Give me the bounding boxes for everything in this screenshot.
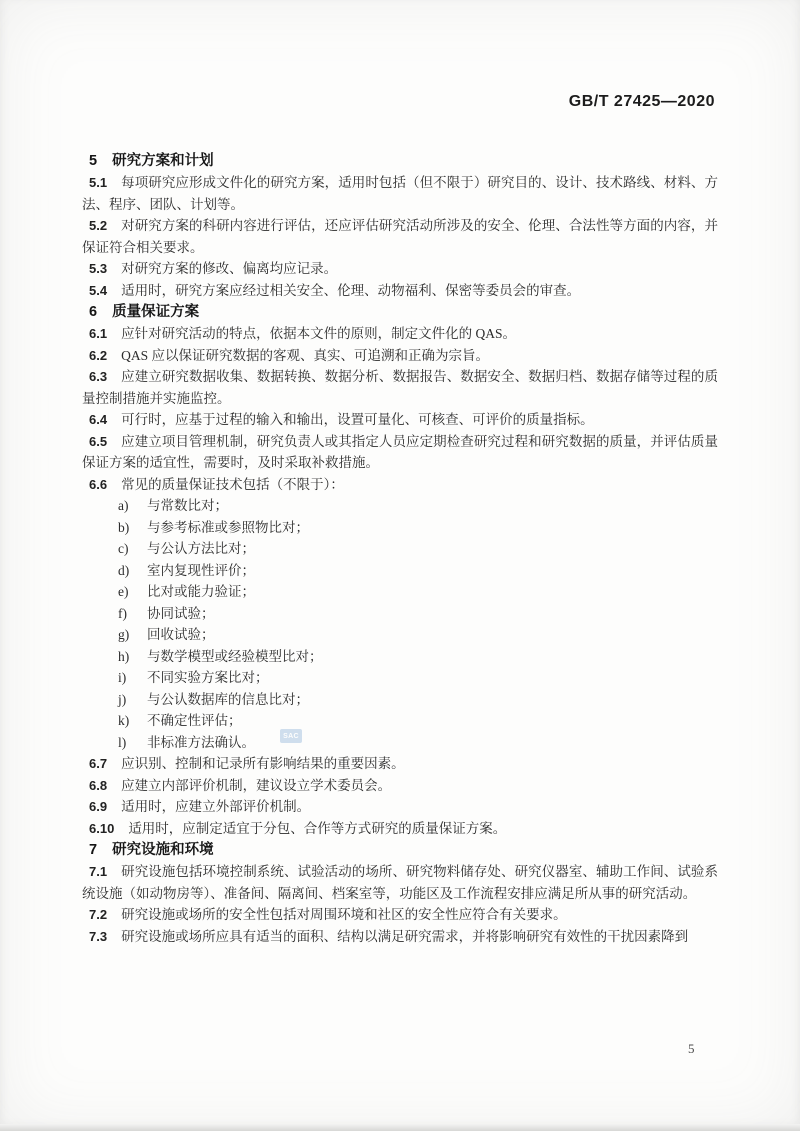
- section-title: 研究方案和计划: [112, 153, 214, 169]
- list-item: g)回收试验；: [82, 624, 718, 646]
- page-number: 5: [688, 1040, 695, 1058]
- list-letter: k): [118, 710, 134, 732]
- clause-7-2: 7.2研究设施或场所的安全性包括对周围环境和社区的安全性应符合有关要求。: [82, 904, 718, 926]
- clause-number: 6.6: [89, 477, 107, 492]
- list-letter: c): [118, 538, 134, 560]
- clause-6-1: 6.1应针对研究活动的特点，依据本文件的原则，制定文件化的 QAS。: [82, 323, 718, 345]
- list-letter: d): [118, 560, 134, 582]
- sac-watermark-icon: SAC: [280, 729, 302, 743]
- list-text: 不同实验方案比对；: [147, 670, 269, 685]
- clause-6-3: 6.3应建立研究数据收集、数据转换、数据分析、数据报告、数据安全、数据归档、数据…: [82, 366, 718, 409]
- list-text: 比对或能力验证；: [147, 584, 255, 599]
- clause-number: 7.3: [89, 929, 107, 944]
- list-text: 室内复现性评价；: [147, 563, 255, 578]
- section-number: 7: [89, 839, 97, 861]
- clause-text: 应针对研究活动的特点，依据本文件的原则，制定文件化的 QAS。: [121, 326, 516, 341]
- quality-technique-list: a)与常数比对； b)与参考标准或参照物比对； c)与公认方法比对； d)室内复…: [82, 495, 718, 753]
- clause-text: 应建立项目管理机制，研究负责人或其指定人员应定期检查研究过程和研究数据的质量，并…: [82, 434, 718, 471]
- clause-text: 适用时，应建立外部评价机制。: [121, 799, 310, 814]
- clause-number: 6.10: [89, 821, 114, 836]
- clause-text: 适用时，研究方案应经过相关安全、伦理、动物福利、保密等委员会的审查。: [121, 283, 580, 298]
- clause-number: 6.1: [89, 326, 107, 341]
- clause-text: 对研究方案的科研内容进行评估，还应评估研究活动所涉及的安全、伦理、合法性等方面的…: [82, 218, 718, 255]
- section-number: 5: [89, 150, 97, 172]
- clause-number: 7.1: [89, 864, 107, 879]
- section-title: 质量保证方案: [112, 304, 199, 320]
- section-heading-7: 7研究设施和环境: [82, 839, 718, 861]
- clause-number: 6.4: [89, 412, 107, 427]
- list-item: c)与公认方法比对；: [82, 538, 718, 560]
- clause-5-2: 5.2对研究方案的科研内容进行评估，还应评估研究活动所涉及的安全、伦理、合法性等…: [82, 215, 718, 258]
- clause-text: 应识别、控制和记录所有影响结果的重要因素。: [121, 756, 405, 771]
- document-content: 5研究方案和计划 5.1每项研究应形成文件化的研究方案，适用时包括（但不限于）研…: [82, 0, 718, 947]
- list-letter: a): [118, 495, 134, 517]
- list-text: 与公认数据库的信息比对；: [147, 692, 309, 707]
- section-heading-6: 6质量保证方案: [82, 301, 718, 323]
- list-letter: g): [118, 624, 134, 646]
- list-letter: l): [118, 732, 134, 754]
- clause-number: 6.5: [89, 434, 107, 449]
- clause-6-8: 6.8应建立内部评价机制，建议设立学术委员会。: [82, 775, 718, 797]
- clause-text: 研究设施包括环境控制系统、试验活动的场所、研究物料储存处、研究仪器室、辅助工作间…: [82, 864, 718, 901]
- list-item: b)与参考标准或参照物比对；: [82, 517, 718, 539]
- list-item: a)与常数比对；: [82, 495, 718, 517]
- clause-text: 应建立内部评价机制，建议设立学术委员会。: [121, 778, 391, 793]
- clause-5-1: 5.1每项研究应形成文件化的研究方案，适用时包括（但不限于）研究目的、设计、技术…: [82, 172, 718, 215]
- clause-number: 6.9: [89, 799, 107, 814]
- clause-number: 5.2: [89, 218, 107, 233]
- clause-6-2: 6.2QAS 应以保证研究数据的客观、真实、可追溯和正确为宗旨。: [82, 345, 718, 367]
- clause-number: 6.8: [89, 778, 107, 793]
- clause-number: 6.2: [89, 348, 107, 363]
- scan-bottom-edge: [0, 1124, 800, 1131]
- clause-text: 对研究方案的修改、偏离均应记录。: [121, 261, 337, 276]
- list-item: k)不确定性评估；: [82, 710, 718, 732]
- clause-6-10: 6.10适用时，应制定适宜于分包、合作等方式研究的质量保证方案。: [82, 818, 718, 840]
- clause-6-7: 6.7应识别、控制和记录所有影响结果的重要因素。: [82, 753, 718, 775]
- list-item: j)与公认数据库的信息比对；: [82, 689, 718, 711]
- clause-text: 研究设施或场所的安全性包括对周围环境和社区的安全性应符合有关要求。: [121, 907, 567, 922]
- clause-6-9: 6.9适用时，应建立外部评价机制。: [82, 796, 718, 818]
- list-item: d)室内复现性评价；: [82, 560, 718, 582]
- clause-7-1: 7.1研究设施包括环境控制系统、试验活动的场所、研究物料储存处、研究仪器室、辅助…: [82, 861, 718, 904]
- clause-text: QAS 应以保证研究数据的客观、真实、可追溯和正确为宗旨。: [121, 348, 489, 363]
- clause-number: 5.4: [89, 283, 107, 298]
- clause-6-4: 6.4可行时，应基于过程的输入和输出，设置可量化、可核查、可评价的质量指标。: [82, 409, 718, 431]
- list-letter: j): [118, 689, 134, 711]
- section-number: 6: [89, 301, 97, 323]
- list-text: 与参考标准或参照物比对；: [147, 520, 309, 535]
- list-letter: b): [118, 517, 134, 539]
- list-item: i)不同实验方案比对；: [82, 667, 718, 689]
- list-text: 回收试验；: [147, 627, 215, 642]
- clause-7-3: 7.3研究设施或场所应具有适当的面积、结构以满足研究需求，并将影响研究有效性的干…: [82, 926, 718, 948]
- list-text: 协同试验；: [147, 606, 215, 621]
- clause-5-3: 5.3对研究方案的修改、偏离均应记录。: [82, 258, 718, 280]
- list-letter: h): [118, 646, 134, 668]
- clause-number: 7.2: [89, 907, 107, 922]
- clause-number: 6.3: [89, 369, 107, 384]
- list-text: 与数学模型或经验模型比对；: [147, 649, 323, 664]
- clause-text: 每项研究应形成文件化的研究方案，适用时包括（但不限于）研究目的、设计、技术路线、…: [82, 175, 718, 212]
- list-text: 不确定性评估；: [147, 713, 242, 728]
- clause-text: 应建立研究数据收集、数据转换、数据分析、数据报告、数据安全、数据归档、数据存储等…: [82, 369, 718, 406]
- clause-text: 常见的质量保证技术包括（不限于）：: [121, 477, 344, 492]
- list-text: 与公认方法比对；: [147, 541, 255, 556]
- clause-text: 可行时，应基于过程的输入和输出，设置可量化、可核查、可评价的质量指标。: [121, 412, 594, 427]
- list-letter: i): [118, 667, 134, 689]
- list-item: f)协同试验；: [82, 603, 718, 625]
- list-item: e)比对或能力验证；: [82, 581, 718, 603]
- clause-text: 研究设施或场所应具有适当的面积、结构以满足研究需求，并将影响研究有效性的干扰因素…: [121, 929, 688, 944]
- list-letter: f): [118, 603, 134, 625]
- clause-number: 5.3: [89, 261, 107, 276]
- list-text: 非标准方法确认。: [147, 735, 255, 750]
- section-title: 研究设施和环境: [112, 842, 214, 858]
- list-letter: e): [118, 581, 134, 603]
- list-item: h)与数学模型或经验模型比对；: [82, 646, 718, 668]
- clause-6-6: 6.6常见的质量保证技术包括（不限于）：: [82, 474, 718, 496]
- document-page: GB/T 27425—2020 5研究方案和计划 5.1每项研究应形成文件化的研…: [0, 0, 800, 1131]
- clause-number: 5.1: [89, 175, 107, 190]
- clause-6-5: 6.5应建立项目管理机制，研究负责人或其指定人员应定期检查研究过程和研究数据的质…: [82, 431, 718, 474]
- list-text: 与常数比对；: [147, 498, 228, 513]
- list-item: l)非标准方法确认。: [82, 732, 718, 754]
- clause-text: 适用时，应制定适宜于分包、合作等方式研究的质量保证方案。: [128, 821, 506, 836]
- clause-number: 6.7: [89, 756, 107, 771]
- section-heading-5: 5研究方案和计划: [82, 150, 718, 172]
- clause-5-4: 5.4适用时，研究方案应经过相关安全、伦理、动物福利、保密等委员会的审查。: [82, 280, 718, 302]
